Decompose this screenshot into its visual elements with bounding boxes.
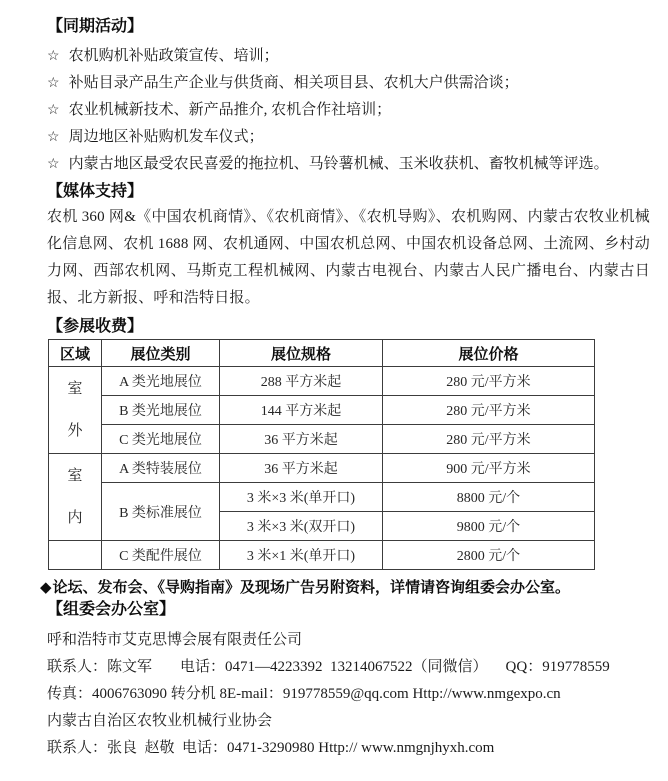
header-zone: 区域 <box>49 340 102 367</box>
fees-note-text: 论坛、发布会、《导购指南》及现场广告另附资料，详情请咨询组委会办公室。 <box>53 580 571 596</box>
star-bullet-icon: ☆ <box>47 124 60 151</box>
org1-name: 呼和浩特市艾克思博会展有限责任公司 <box>47 627 650 654</box>
activity-item: ☆农业机械新技术、新产品推介, 农机合作社培训； <box>47 97 650 124</box>
org1-contact: 联系人：陈文军 <box>47 659 152 675</box>
activity-text: 补贴目录产品生产企业与供货商、相关项目县、农机大户供需洽谈； <box>69 75 519 91</box>
category-cell: C 类配件展位 <box>102 541 220 570</box>
spec-cell: 3 米×1 米(单开口) <box>220 541 383 570</box>
section-heading-media: 【媒体支持】 <box>47 181 650 202</box>
activity-text: 周边地区补贴购机发车仪式； <box>69 129 264 145</box>
price-cell: 280 元/平方米 <box>383 367 595 396</box>
org1-qq: QQ：919778559 <box>506 659 610 675</box>
activity-item: ☆补贴目录产品生产企业与供货商、相关项目县、农机大户供需洽谈； <box>47 70 650 97</box>
spec-cell: 36 平方米起 <box>220 425 383 454</box>
zone-cell-empty <box>49 541 102 570</box>
activity-text: 农机购机补贴政策宣传、培训； <box>69 48 279 64</box>
activity-item: ☆周边地区补贴购机发车仪式； <box>47 124 650 151</box>
activity-text: 农业机械新技术、新产品推介, 农机合作社培训； <box>69 102 392 118</box>
price-cell: 2800 元/个 <box>383 541 595 570</box>
media-support-text: 农机 360 网&《中国农机商情》、《农机商情》、《农机导购》、农机购网、内蒙古… <box>47 204 650 312</box>
org2-contact-line: 联系人：张良 赵敬 电话：0471-3290980 Http:// www.nm… <box>47 735 650 762</box>
org2-name: 内蒙古自治区农牧业机械行业协会 <box>47 708 650 735</box>
fees-table: 区域 展位类别 展位规格 展位价格 室外 A 类光地展位 288 平方米起 28… <box>48 339 595 570</box>
star-bullet-icon: ☆ <box>47 70 60 97</box>
spec-cell: 36 平方米起 <box>220 454 383 483</box>
category-cell: B 类光地展位 <box>102 396 220 425</box>
spec-cell: 144 平方米起 <box>220 396 383 425</box>
category-cell: C 类光地展位 <box>102 425 220 454</box>
category-cell: A 类光地展位 <box>102 367 220 396</box>
header-category: 展位类别 <box>102 340 220 367</box>
price-cell: 9800 元/个 <box>383 512 595 541</box>
zone-indoor-label: 室内 <box>67 455 84 539</box>
price-cell: 900 元/平方米 <box>383 454 595 483</box>
spec-cell: 288 平方米起 <box>220 367 383 396</box>
fees-note: ◆论坛、发布会、《导购指南》及现场广告另附资料，详情请咨询组委会办公室。 <box>40 577 650 599</box>
org1-fax-email-line: 传真：4006763090 转分机 8E-mail：919778559@qq.c… <box>47 681 650 708</box>
category-cell: B 类标准展位 <box>102 483 220 541</box>
table-row: C 类光地展位 36 平方米起 280 元/平方米 <box>49 425 595 454</box>
activity-item: ☆农机购机补贴政策宣传、培训； <box>47 43 650 70</box>
table-header-row: 区域 展位类别 展位规格 展位价格 <box>49 340 595 367</box>
table-row: B 类光地展位 144 平方米起 280 元/平方米 <box>49 396 595 425</box>
price-cell: 280 元/平方米 <box>383 396 595 425</box>
diamond-icon: ◆ <box>40 580 52 596</box>
zone-outdoor-label: 室外 <box>67 368 84 452</box>
star-bullet-icon: ☆ <box>47 97 60 124</box>
table-row: 室内 A 类特装展位 36 平方米起 900 元/平方米 <box>49 454 595 483</box>
star-bullet-icon: ☆ <box>47 43 60 70</box>
zone-cell-outdoor: 室外 <box>49 367 102 454</box>
header-price: 展位价格 <box>383 340 595 367</box>
spec-cell: 3 米×3 米(双开口) <box>220 512 383 541</box>
table-row: C 类配件展位 3 米×1 米(单开口) 2800 元/个 <box>49 541 595 570</box>
table-row: 室外 A 类光地展位 288 平方米起 280 元/平方米 <box>49 367 595 396</box>
activity-item: ☆内蒙古地区最受农民喜爱的拖拉机、马铃薯机械、玉米收获机、畜牧机械等评选。 <box>47 151 650 178</box>
price-cell: 280 元/平方米 <box>383 425 595 454</box>
section-heading-office: 【组委会办公室】 <box>47 599 650 620</box>
document-page: 【同期活动】 ☆农机购机补贴政策宣传、培训； ☆补贴目录产品生产企业与供货商、相… <box>0 0 668 781</box>
office-block: 呼和浩特市艾克思博会展有限责任公司 联系人：陈文军电话：0471—4223392… <box>47 627 650 762</box>
org1-contact-line: 联系人：陈文军电话：0471—4223392 13214067522（同微信）Q… <box>47 654 650 681</box>
activities-list: ☆农机购机补贴政策宣传、培训； ☆补贴目录产品生产企业与供货商、相关项目县、农机… <box>47 43 650 178</box>
table-row: B 类标准展位 3 米×3 米(单开口) 8800 元/个 <box>49 483 595 512</box>
price-cell: 8800 元/个 <box>383 483 595 512</box>
activity-text: 内蒙古地区最受农民喜爱的拖拉机、马铃薯机械、玉米收获机、畜牧机械等评选。 <box>69 156 609 172</box>
category-cell: A 类特装展位 <box>102 454 220 483</box>
section-heading-activities: 【同期活动】 <box>47 16 650 37</box>
star-bullet-icon: ☆ <box>47 151 60 178</box>
org1-phone: 电话：0471—4223392 13214067522（同微信） <box>180 659 488 675</box>
spec-cell: 3 米×3 米(单开口) <box>220 483 383 512</box>
section-heading-fees: 【参展收费】 <box>47 316 650 337</box>
header-spec: 展位规格 <box>220 340 383 367</box>
zone-cell-indoor: 室内 <box>49 454 102 541</box>
